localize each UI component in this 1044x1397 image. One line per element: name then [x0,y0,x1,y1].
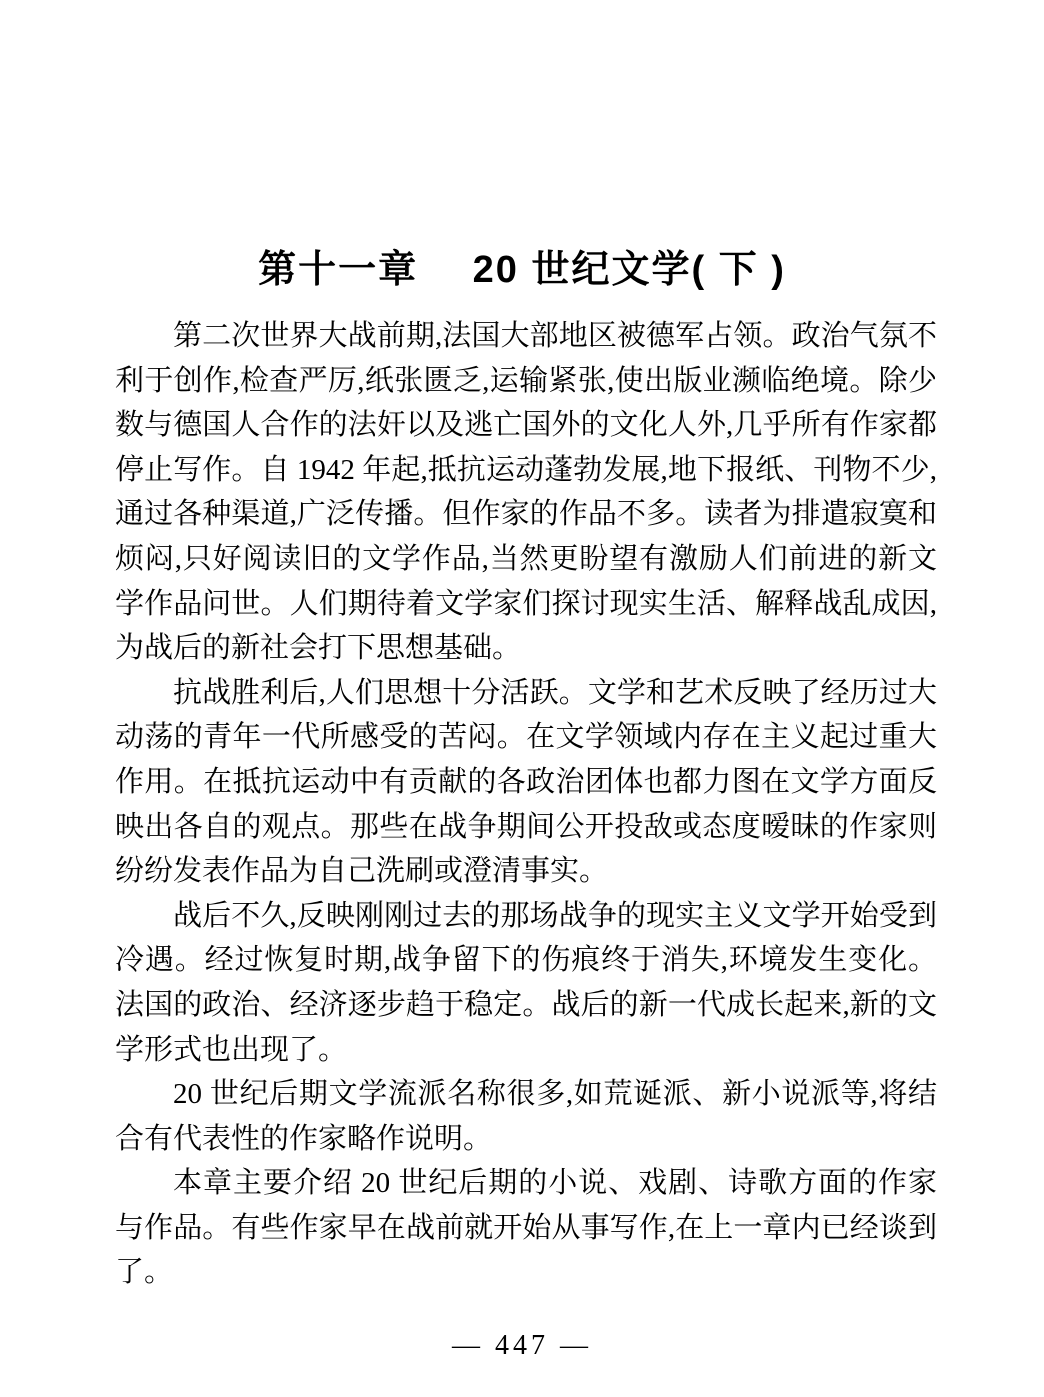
chapter-title-text: 20 世纪文学( 下 ) [473,249,786,291]
chapter-number-label: 第十一章 [258,249,418,291]
book-page: 第十一章 20 世纪文学( 下 ) 第二次世界大战前期,法国大部地区被德军占领。… [0,0,1044,1397]
body-text: 第二次世界大战前期,法国大部地区被德军占领。政治气氛不利于创作,检查严厉,纸张匮… [115,314,937,1295]
paragraph-5: 本章主要介绍 20 世纪后期的小说、戏剧、诗歌方面的作家与作品。有些作家早在战前… [115,1161,937,1295]
paragraph-4: 20 世纪后期文学流派名称很多,如荒诞派、新小说派等,将结合有代表性的作家略作说… [115,1072,937,1161]
paragraph-2: 抗战胜利后,人们思想十分活跃。文学和艺术反映了经历过大动荡的青年一代所感受的苦闷… [115,671,937,894]
chapter-title: 第十一章 20 世纪文学( 下 ) [0,247,1044,293]
paragraph-1: 第二次世界大战前期,法国大部地区被德军占领。政治气氛不利于创作,检查严厉,纸张匮… [115,314,937,671]
page-number: — 447 — [0,1330,1044,1362]
paragraph-3: 战后不久,反映刚刚过去的那场战争的现实主义文学开始受到冷遇。经过恢复时期,战争留… [115,894,937,1072]
